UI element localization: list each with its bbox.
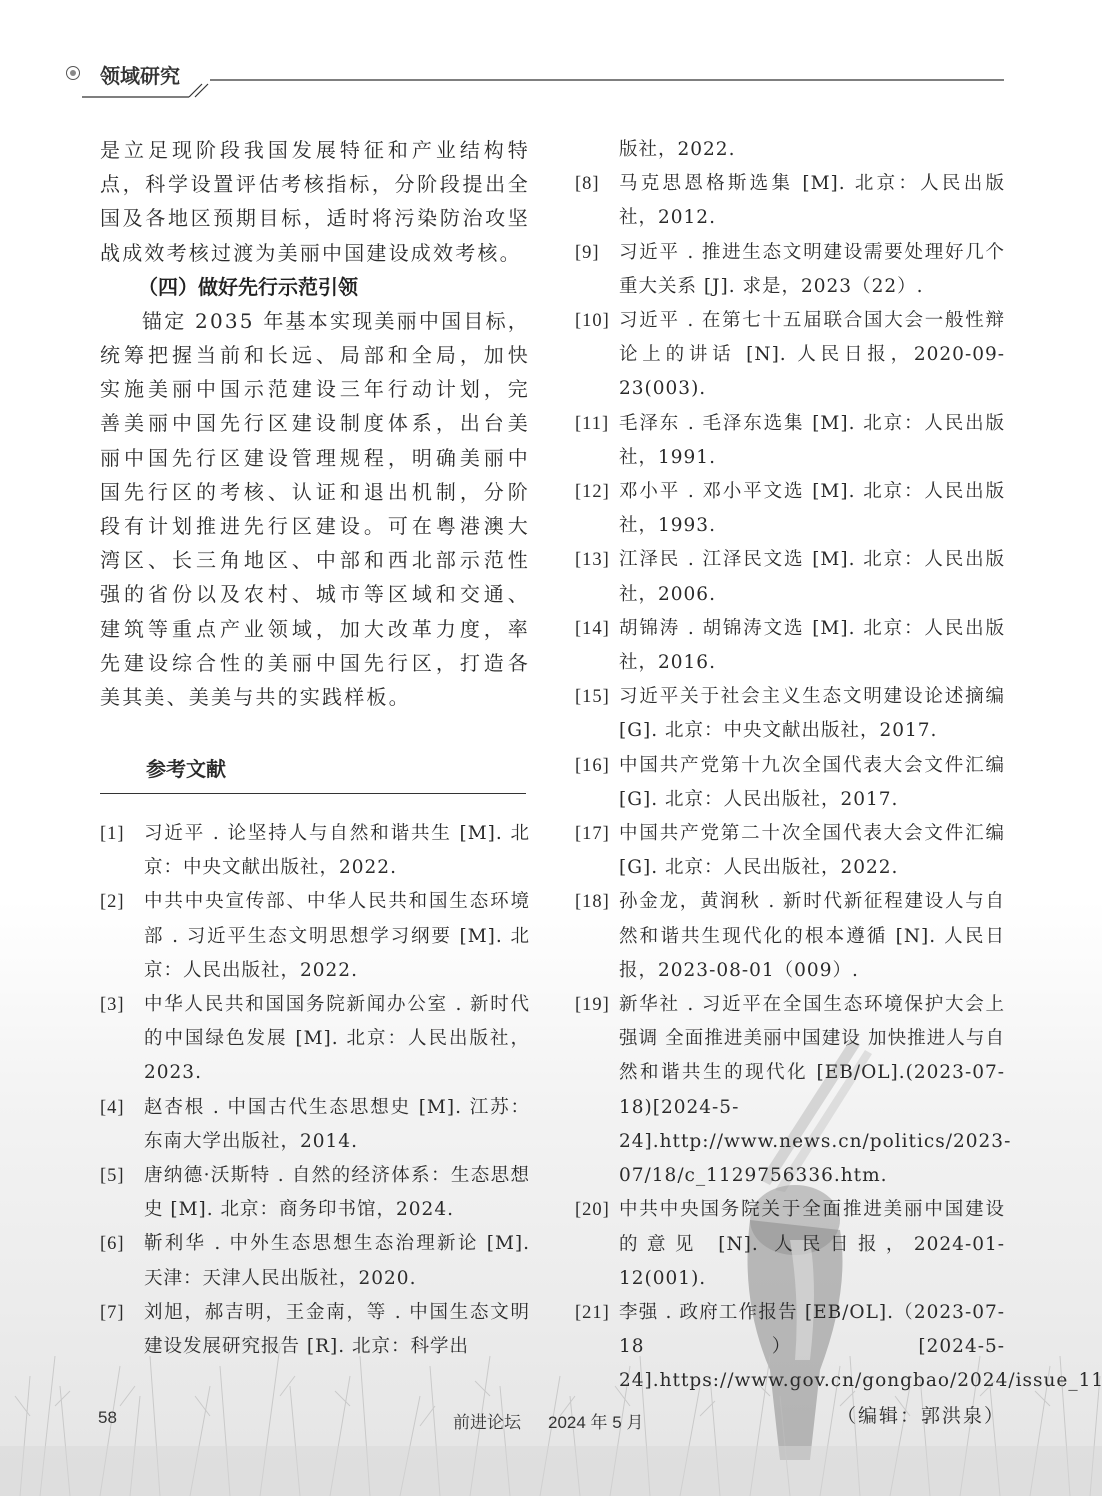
paragraph-2: 锚定 2035 年基本实现美丽中国目标， 统筹把握当前和长远、局部和全局，加快 … xyxy=(100,304,530,714)
text-line: 国先行区的考核、认证和退出机制，分阶 xyxy=(100,475,530,509)
reference-number: [11] xyxy=(575,407,609,441)
reference-number: [15] xyxy=(575,680,610,714)
reference-item: [16]中国共产党第十九次全国代表大会文件汇编 [G]. 北京：人民出版社，20… xyxy=(575,749,1005,817)
reference-number: [14] xyxy=(575,612,610,646)
journal-name: 前进论坛 xyxy=(453,1408,521,1433)
reference-text: 中共中央宣传部、中华人民共和国生态环境部 . 习近平生态文明思想学习纲要 [M]… xyxy=(144,891,530,980)
reference-text: 新华社 . 习近平在全国生态环境保护大会上强调 全面推进美丽中国建设 加快推进人… xyxy=(619,994,1011,1186)
reference-item: [4]赵杏根 . 中国古代生态思想史 [M]. 江苏：东南大学出版社，2014. xyxy=(100,1091,530,1159)
reference-item: [19]新华社 . 习近平在全国生态环境保护大会上强调 全面推进美丽中国建设 加… xyxy=(575,988,1005,1193)
reference-number: [12] xyxy=(575,475,610,509)
text-line: 湾区、长三角地区、中部和西北部示范性 xyxy=(100,543,530,577)
reference-number: [4] xyxy=(100,1091,125,1125)
reference-item: [20]中共中央国务院关于全面推进美丽中国建设的意见 [N]. 人民日报，202… xyxy=(575,1193,1005,1296)
reference-number: [10] xyxy=(575,304,610,338)
text-line: 善美丽中国先行区建设制度体系，出台美 xyxy=(100,406,530,440)
reference-text: 习近平 . 论坚持人与自然和谐共生 [M]. 北京：中央文献出版社，2022. xyxy=(144,823,530,878)
reference-item: [8]马克思恩格斯选集 [M]. 北京：人民出版社，2012. xyxy=(575,167,1005,235)
text-line: 实施美丽中国示范建设三年行动计划，完 xyxy=(100,372,530,406)
text-line: 是立足现阶段我国发展特征和产业结构特 xyxy=(100,133,530,167)
reference-text: 中国共产党第二十次全国代表大会文件汇编 [G]. 北京：人民出版社，2022. xyxy=(619,823,1005,878)
reference-item: [3]中华人民共和国国务院新闻办公室 . 新时代的中国绿色发展 [M]. 北京：… xyxy=(100,988,530,1091)
reference-text: 江泽民 . 江泽民文选 [M]. 北京：人民出版社，2006. xyxy=(619,549,1005,604)
reference-text: 孙金龙，黄润秋 . 新时代新征程建设人与自然和谐共生现代化的根本遵循 [N]. … xyxy=(619,891,1005,980)
page-content: 领域研究 是立足现阶段我国发展特征和产业结构特 点，科学设置评估考核指标，分阶段… xyxy=(0,0,1102,1496)
reference-number: [18] xyxy=(575,885,610,919)
reference-number: [9] xyxy=(575,236,600,270)
section-header: 领域研究 xyxy=(64,60,1004,100)
reference-number: [17] xyxy=(575,817,610,851)
reference-item: [7]刘旭，郝吉明，王金南，等 . 中国生态文明建设发展研究报告 [R]. 北京… xyxy=(100,1296,530,1364)
references-heading: 参考文献 xyxy=(100,753,226,782)
reference-number: [8] xyxy=(575,167,600,201)
reference-text: 中华人民共和国国务院新闻办公室 . 新时代的中国绿色发展 [M]. 北京：人民出… xyxy=(144,994,530,1083)
reference-number: [5] xyxy=(100,1159,125,1193)
reference-text: 习近平 . 在第七十五届联合国大会一般性辩论上的讲话 [N]. 人民日报，202… xyxy=(619,310,1005,399)
reference-text: 中共中央国务院关于全面推进美丽中国建设的意见 [N]. 人民日报，2024-01… xyxy=(619,1199,1005,1288)
reference-item: [9]习近平 . 推进生态文明建设需要处理好几个重大关系 [J]. 求是，202… xyxy=(575,236,1005,304)
reference-text: 靳利华 . 中外生态思想生态治理新论 [M]. 天津：天津人民出版社，2020. xyxy=(144,1233,530,1288)
text-line: 段有计划推进先行区建设。可在粤港澳大 xyxy=(100,509,530,543)
reference-number: [7] xyxy=(100,1296,125,1330)
text-line: 统筹把握当前和长远、局部和全局，加快 xyxy=(100,338,530,372)
reference-number: [2] xyxy=(100,885,125,919)
reference-text: 李强 . 政府工作报告 [EB/OL].（2023-07-18）[2024-5-… xyxy=(619,1302,1102,1391)
reference-number: [6] xyxy=(100,1227,125,1261)
reference-text: 马克思恩格斯选集 [M]. 北京：人民出版社，2012. xyxy=(619,173,1005,228)
reference-text: 胡锦涛 . 胡锦涛文选 [M]. 北京：人民出版社，2016. xyxy=(619,618,1005,673)
reference-text: 习近平关于社会主义生态文明建设论述摘编 [G]. 北京：中央文献出版社，2017… xyxy=(619,686,1005,741)
text-line: 强的省份以及农村、城市等区域和交通、 xyxy=(100,577,530,611)
reference-text: 版社，2022. xyxy=(619,139,735,160)
paragraph-continued: 是立足现阶段我国发展特征和产业结构特 点，科学设置评估考核指标，分阶段提出全 国… xyxy=(100,133,530,270)
reference-item: [2]中共中央宣传部、中华人民共和国生态环境部 . 习近平生态文明思想学习纲要 … xyxy=(100,885,530,988)
references-divider xyxy=(100,793,526,794)
reference-item: [15]习近平关于社会主义生态文明建设论述摘编 [G]. 北京：中央文献出版社，… xyxy=(575,680,1005,748)
reference-item: [12]邓小平 . 邓小平文选 [M]. 北京：人民出版社，1993. xyxy=(575,475,1005,543)
text-line: 丽中国先行区建设管理规程，明确美丽中 xyxy=(100,441,530,475)
reference-number: [19] xyxy=(575,988,610,1022)
reference-number: [3] xyxy=(100,988,125,1022)
reference-item: [10]习近平 . 在第七十五届联合国大会一般性辩论上的讲话 [N]. 人民日报… xyxy=(575,304,1005,407)
reference-text: 刘旭，郝吉明，王金南，等 . 中国生态文明建设发展研究报告 [R]. 北京：科学… xyxy=(144,1302,530,1357)
reference-list-left: [1]习近平 . 论坚持人与自然和谐共生 [M]. 北京：中央文献出版社，202… xyxy=(100,817,530,1364)
reference-item: [11]毛泽东 . 毛泽东选集 [M]. 北京：人民出版社，1991. xyxy=(575,407,1005,475)
text-line: 点，科学设置评估考核指标，分阶段提出全 xyxy=(100,167,530,201)
text-line: 锚定 2035 年基本实现美丽中国目标， xyxy=(100,304,530,338)
reference-item: [18]孙金龙，黄润秋 . 新时代新征程建设人与自然和谐共生现代化的根本遵循 [… xyxy=(575,885,1005,988)
subheading: （四）做好先行示范引领 xyxy=(100,270,530,304)
reference-text: 毛泽东 . 毛泽东选集 [M]. 北京：人民出版社，1991. xyxy=(619,413,1005,468)
reference-text: 邓小平 . 邓小平文选 [M]. 北京：人民出版社，1993. xyxy=(619,481,1005,536)
issue-date: 2024 年 5 月 xyxy=(548,1408,643,1433)
reference-item: [6]靳利华 . 中外生态思想生态治理新论 [M]. 天津：天津人民出版社，20… xyxy=(100,1227,530,1295)
reference-number: [20] xyxy=(575,1193,610,1227)
reference-text: 唐纳德·沃斯特 . 自然的经济体系：生态思想史 [M]. 北京：商务印书馆，20… xyxy=(144,1165,530,1220)
reference-item: [5]唐纳德·沃斯特 . 自然的经济体系：生态思想史 [M]. 北京：商务印书馆… xyxy=(100,1159,530,1227)
reference-item: [14]胡锦涛 . 胡锦涛文选 [M]. 北京：人民出版社，2016. xyxy=(575,612,1005,680)
left-column: 是立足现阶段我国发展特征和产业结构特 点，科学设置评估考核指标，分阶段提出全 国… xyxy=(100,133,530,714)
reference-number: [13] xyxy=(575,543,610,577)
reference-text: 中国共产党第十九次全国代表大会文件汇编 [G]. 北京：人民出版社，2017. xyxy=(619,755,1005,810)
reference-number: [16] xyxy=(575,749,610,783)
text-line: 先建设综合性的美丽中国先行区，打造各 xyxy=(100,646,530,680)
page-number: 58 xyxy=(98,1408,117,1428)
reference-number: [21] xyxy=(575,1296,610,1330)
header-rule-decoration xyxy=(64,60,1004,100)
text-line: 建筑等重点产业领域，加大改革力度，率 xyxy=(100,612,530,646)
reference-continuation: 版社，2022. xyxy=(575,133,1005,167)
reference-item: [17]中国共产党第二十次全国代表大会文件汇编 [G]. 北京：人民出版社，20… xyxy=(575,817,1005,885)
text-line: 战成效考核过渡为美丽中国建设成效考核。 xyxy=(100,236,530,270)
reference-number: [1] xyxy=(100,817,125,851)
reference-item: [13]江泽民 . 江泽民文选 [M]. 北京：人民出版社，2006. xyxy=(575,543,1005,611)
reference-item: [21]李强 . 政府工作报告 [EB/OL].（2023-07-18）[202… xyxy=(575,1296,1005,1399)
text-line: 美其美、美美与共的实践样板。 xyxy=(100,680,530,714)
reference-list-right: 版社，2022. [8]马克思恩格斯选集 [M]. 北京：人民出版社，2012.… xyxy=(575,133,1005,1433)
reference-text: 习近平 . 推进生态文明建设需要处理好几个重大关系 [J]. 求是，2023（2… xyxy=(619,242,1005,297)
reference-item: [1]习近平 . 论坚持人与自然和谐共生 [M]. 北京：中央文献出版社，202… xyxy=(100,817,530,885)
text-line: 国及各地区预期目标，适时将污染防治攻坚 xyxy=(100,201,530,235)
reference-text: 赵杏根 . 中国古代生态思想史 [M]. 江苏：东南大学出版社，2014. xyxy=(144,1097,530,1152)
